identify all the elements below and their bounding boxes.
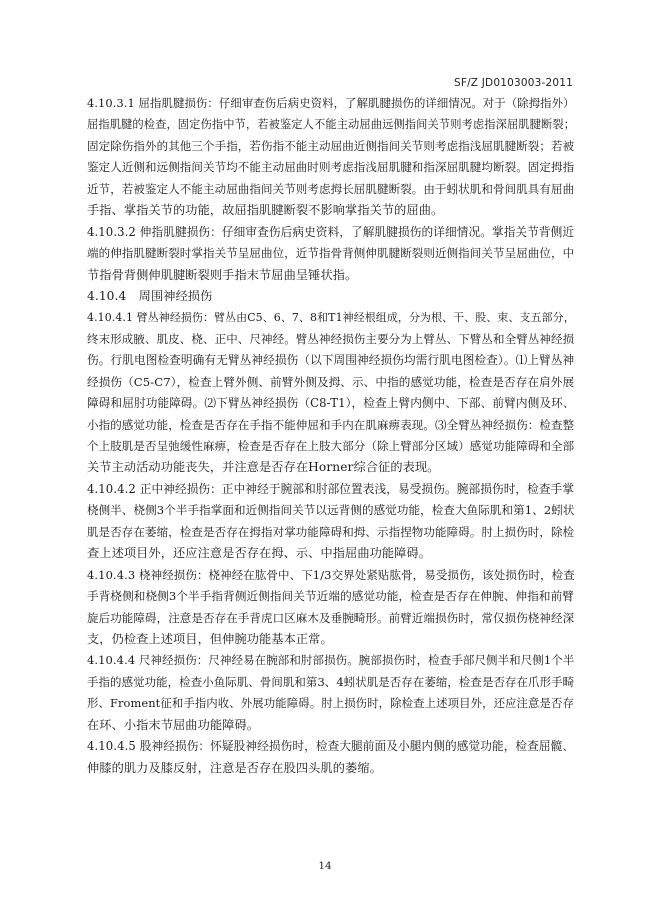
text-line: 鉴定人近侧和远侧指间关节均不能主动屈曲时则考虑指浅屈肌腱和指深屈肌腱均断裂。固定…	[87, 157, 574, 178]
text-line: 4.10.4.3 桡神经损伤：桡神经在肱骨中、下1/3交界处紧贴肱骨，易受损伤，…	[87, 565, 574, 586]
text-line: 手背桡侧和桡侧3个半手指背侧近侧指间关节近端的感觉功能，检查是否存在伸腕、伸指和…	[87, 586, 574, 607]
text-line: 节指骨背侧伸肌腱断裂则手指末节屈曲呈锤状指。	[87, 265, 574, 286]
text-line: 屈指肌腱的检查，固定伤指中节，若被鉴定人不能主动屈曲远侧指间关节则考虑指深屈肌腱…	[87, 114, 574, 135]
text-line: 查上述项目外，还应注意是否存在拇、示、中指屈曲功能障碍。	[87, 543, 574, 564]
text-line: 4.10.4 周围神经损伤	[87, 286, 574, 307]
text-line: 个上肢肌是否呈弛缓性麻痹，检查是否存在上肢大部分（除上臂部分区域）感觉功能障碍和…	[87, 436, 574, 457]
text-line: 固定除伤指外的其他三个手指，若伤指不能主动屈曲近侧指间关节则考虑指浅屈肌腱断裂；…	[87, 136, 574, 157]
text-line: 桡侧半、桡侧3个半手指掌面和近侧指间关节以远背侧的感觉功能，检查大鱼际肌和第1、…	[87, 500, 574, 521]
text-line: 终末形成腋、肌皮、桡、正中、尺神经。臂丛神经损伤主要分为上臂丛、下臂丛和全臂丛神…	[87, 329, 574, 350]
text-line: 伤。行肌电图检查明确有无臂丛神经损伤（以下周围神经损伤均需行肌电图检查）。⑴上臂…	[87, 350, 574, 371]
text-line: 4.10.3.2 伸指肌腱损伤：仔细审查伤后病史资料，了解肌腱损伤的详细情况。掌…	[87, 222, 574, 243]
text-line: 手指的感觉功能，检查小鱼际肌、骨间肌和第3、4蚓状肌是否存在萎缩，检查是否存在爪…	[87, 672, 574, 693]
page-number: 14	[0, 860, 650, 872]
text-line: 端的伸指肌腱断裂时掌指关节呈屈曲位，近节指骨背侧伸肌腱断裂则近侧指间关节呈屈曲位…	[87, 243, 574, 264]
text-line: 肌是否存在萎缩，检查是否存在拇指对掌功能障碍和拇、示指捏物功能障碍。肘上损伤时，…	[87, 522, 574, 543]
text-line: 4.10.3.1 屈指肌腱损伤：仔细审查伤后病史资料，了解肌腱损伤的详细情况。对…	[87, 93, 574, 114]
document-code-header: SF/Z JD0103003-2011	[454, 77, 573, 89]
text-line: 关节主动活动功能丧失，并注意是否存在Horner综合征的表现。	[87, 457, 574, 478]
text-line: 近节，若被鉴定人不能主动屈曲指间关节则考虑拇长屈肌腱断裂。由于蚓状肌和骨间肌具有…	[87, 179, 574, 200]
text-line: 4.10.4.5 股神经损伤：怀疑股神经损伤时，检查大腿前面及小腿内侧的感觉功能…	[87, 736, 574, 757]
text-line: 支，仍检查上述项目，但伸腕功能基本正常。	[87, 629, 574, 650]
text-line: 4.10.4.1 臂丛神经损伤：臂丛由C5、6、7、8和T1神经根组成，分为根、…	[87, 307, 574, 328]
text-line: 4.10.4.2 正中神经损伤：正中神经于腕部和肘部位置表浅，易受损伤。腕部损伤…	[87, 479, 574, 500]
text-line: 手指、掌指关节的功能，故屈指肌腱断裂不影响掌指关节的屈曲。	[87, 200, 574, 221]
text-line: 4.10.4.4 尺神经损伤：尺神经易在腕部和肘部损伤。腕部损伤时，检查手部尺侧…	[87, 650, 574, 671]
text-line: 伸膝的肌力及膝反射，注意是否存在股四头肌的萎缩。	[87, 758, 574, 779]
text-line: 旋后功能障碍，注意是否存在手背虎口区麻木及垂腕畸形。前臂近端损伤时，常仅损伤桡神…	[87, 608, 574, 629]
text-line: 在环、小指末节屈曲功能障碍。	[87, 715, 574, 736]
text-line: 形、Froment征和手指内收、外展功能障碍。肘上损伤时，除检查上述项目外，还应…	[87, 693, 574, 714]
text-line: 小指的感觉功能，检查是否存在手指不能伸屈和手内在肌麻痹表现。⑶全臂丛神经损伤：检…	[87, 415, 574, 436]
text-line: 经损伤（C5-C7），检查上臂外侧、前臂外侧及拇、示、中指的感觉功能，检查是否存…	[87, 372, 574, 393]
text-line: 障碍和屈肘功能障碍。⑵下臂丛神经损伤（C8-T1），检查上臂内侧中、下部、前臂内…	[87, 393, 574, 414]
document-body: 4.10.3.1 屈指肌腱损伤：仔细审查伤后病史资料，了解肌腱损伤的详细情况。对…	[87, 93, 574, 779]
